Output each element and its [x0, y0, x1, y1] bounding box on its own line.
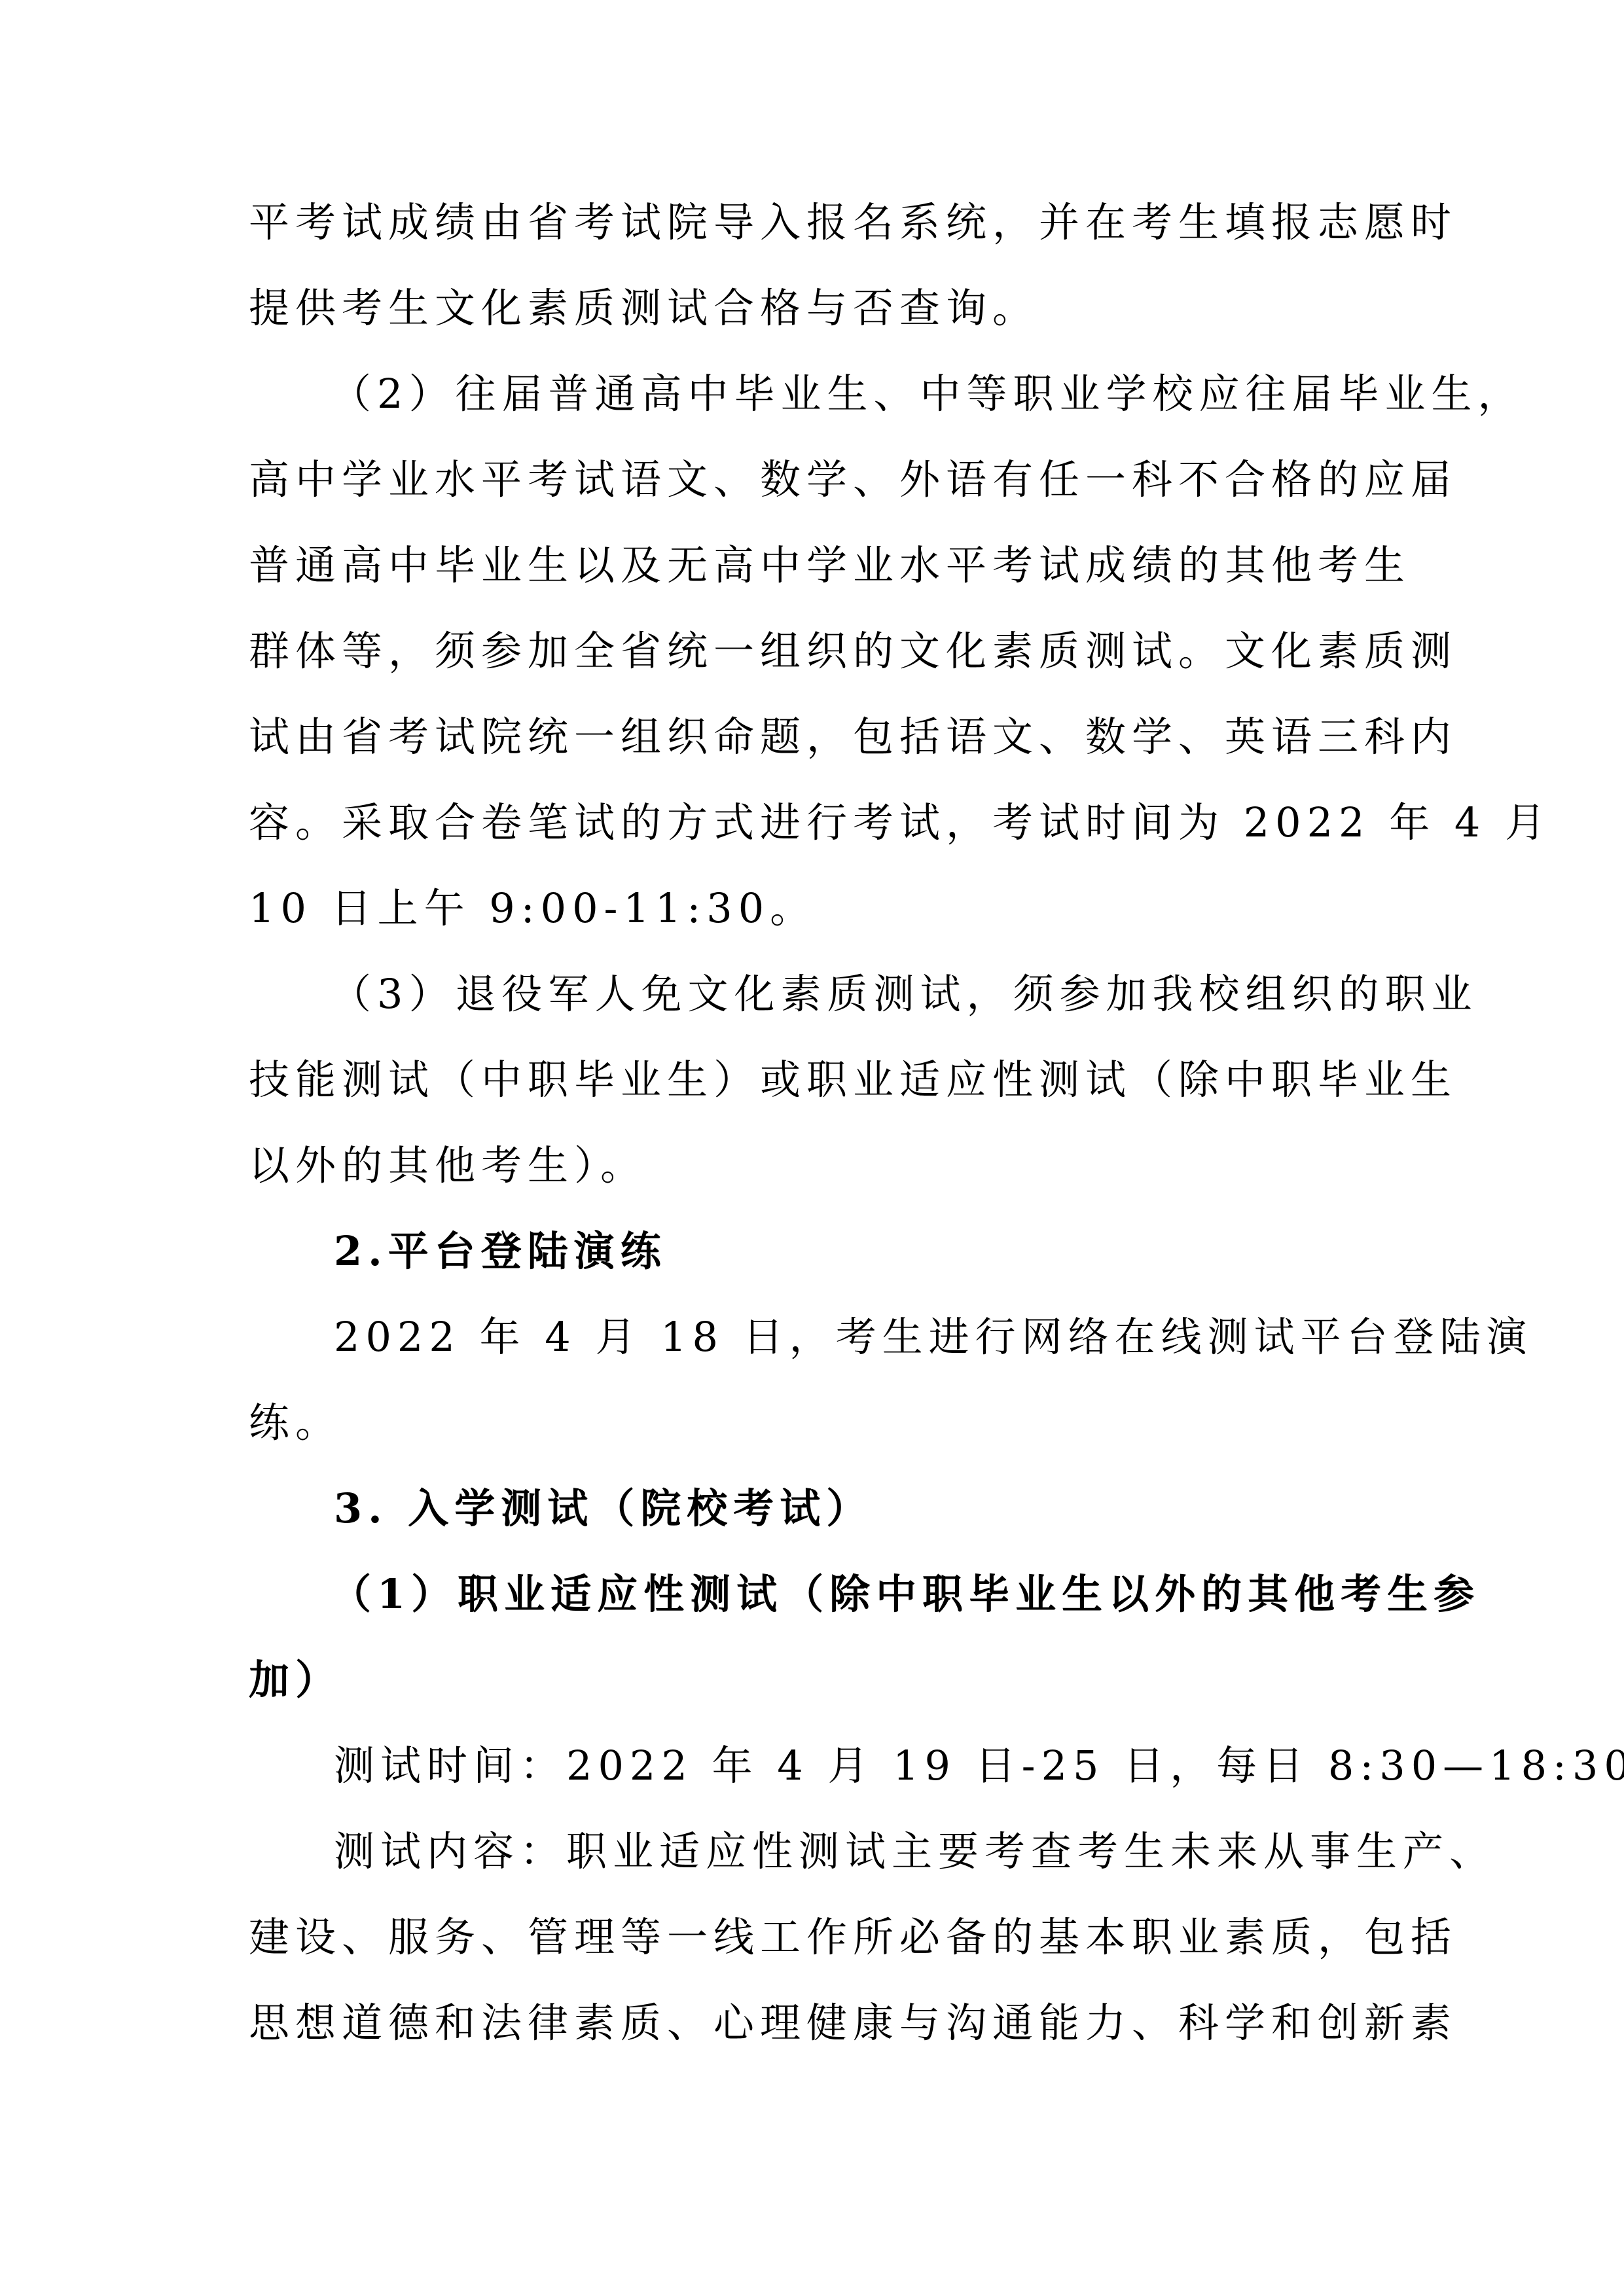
paragraph-line: 思想道德和法律素质、心理健康与沟通能力、科学和创新素 — [249, 1994, 1375, 2053]
paragraph-line: 建设、服务、管理等一线工作所必备的基本职业素质，包括 — [249, 1908, 1375, 1967]
paragraph-line: 高中学业水平考试语文、数学、外语有任一科不合格的应届 — [249, 450, 1375, 509]
paragraph-line: 以外的其他考生）。 — [249, 1136, 1375, 1195]
paragraph-line: 试由省考试院统一组织命题，包括语文、数学、英语三科内 — [249, 708, 1375, 766]
paragraph-line: 普通高中毕业生以及无高中学业水平考试成绩的其他考生 — [249, 536, 1375, 595]
section-heading-entrance-test: 3. 入学测试（院校考试） — [334, 1479, 1460, 1538]
paragraph-line: 技能测试（中职毕业生）或职业适应性测试（除中职毕业生 — [249, 1050, 1375, 1109]
paragraph-line: 平考试成绩由省考试院导入报名系统，并在考生填报志愿时 — [249, 193, 1375, 252]
test-content-line: 测试内容：职业适应性测试主要考查考生未来从事生产、 — [334, 1822, 1407, 1881]
paragraph-line: （2）往届普通高中毕业生、中等职业学校应往届毕业生， — [331, 365, 1394, 423]
subsection-heading-aptitude-test: （1）职业适应性测试（除中职毕业生以外的其他考生参 — [331, 1565, 1375, 1624]
section-heading-platform-login: 2.平台登陆演练 — [334, 1222, 1460, 1281]
paragraph-line: 容。采取合卷笔试的方式进行考试，考试时间为 2022 年 4 月 — [249, 793, 1375, 852]
paragraph-line: 10 日上午 9:00-11:30。 — [249, 879, 1375, 938]
document-page: 平考试成绩由省考试院导入报名系统，并在考生填报志愿时 提供考生文化素质测试合格与… — [0, 0, 1624, 2296]
paragraph-line: 提供考生文化素质测试合格与否查询。 — [249, 279, 1375, 338]
paragraph-line: 2022 年 4 月 18 日，考生进行网络在线测试平台登陆演 — [334, 1308, 1375, 1367]
test-time-line: 测试时间：2022 年 4 月 19 日-25 日，每日 8:30—18:30 — [334, 1736, 1375, 1795]
paragraph-line: 练。 — [249, 1393, 1375, 1452]
paragraph-line: 群体等，须参加全省统一组织的文化素质测试。文化素质测 — [249, 622, 1375, 681]
subsection-heading-aptitude-test-cont: 加） — [249, 1651, 1375, 1710]
paragraph-line: （3）退役军人免文化素质测试，须参加我校组织的职业 — [331, 965, 1375, 1024]
